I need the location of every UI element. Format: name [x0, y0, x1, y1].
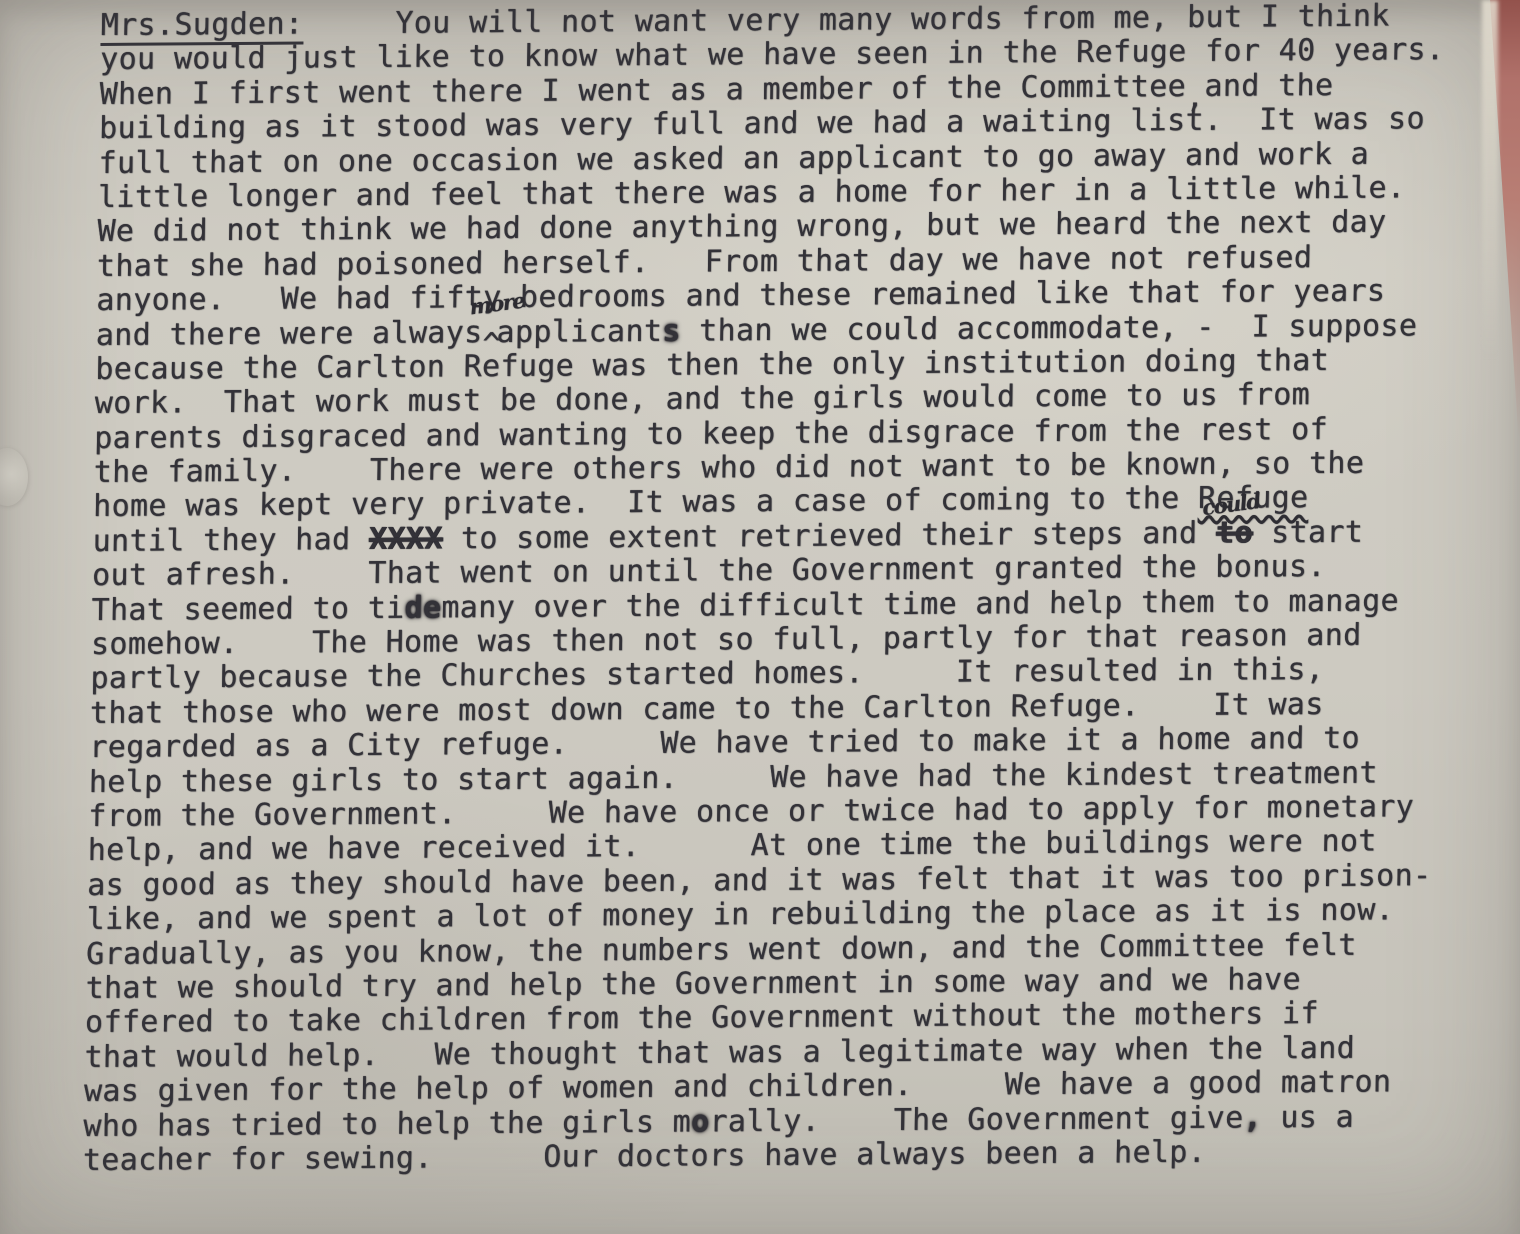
typescript-text-block: Mrs.Sugden: You will not want very many … — [83, 0, 1502, 1178]
correction-wrap: couldto — [1216, 516, 1253, 551]
document-photo: Mrs.Sugden: You will not want very many … — [0, 0, 1520, 1234]
punch-hole-mark — [0, 448, 28, 506]
correction-wrap: more^ — [482, 316, 497, 351]
handwritten-insertion: could — [1201, 490, 1260, 518]
handwritten-insertion: more — [468, 289, 525, 317]
